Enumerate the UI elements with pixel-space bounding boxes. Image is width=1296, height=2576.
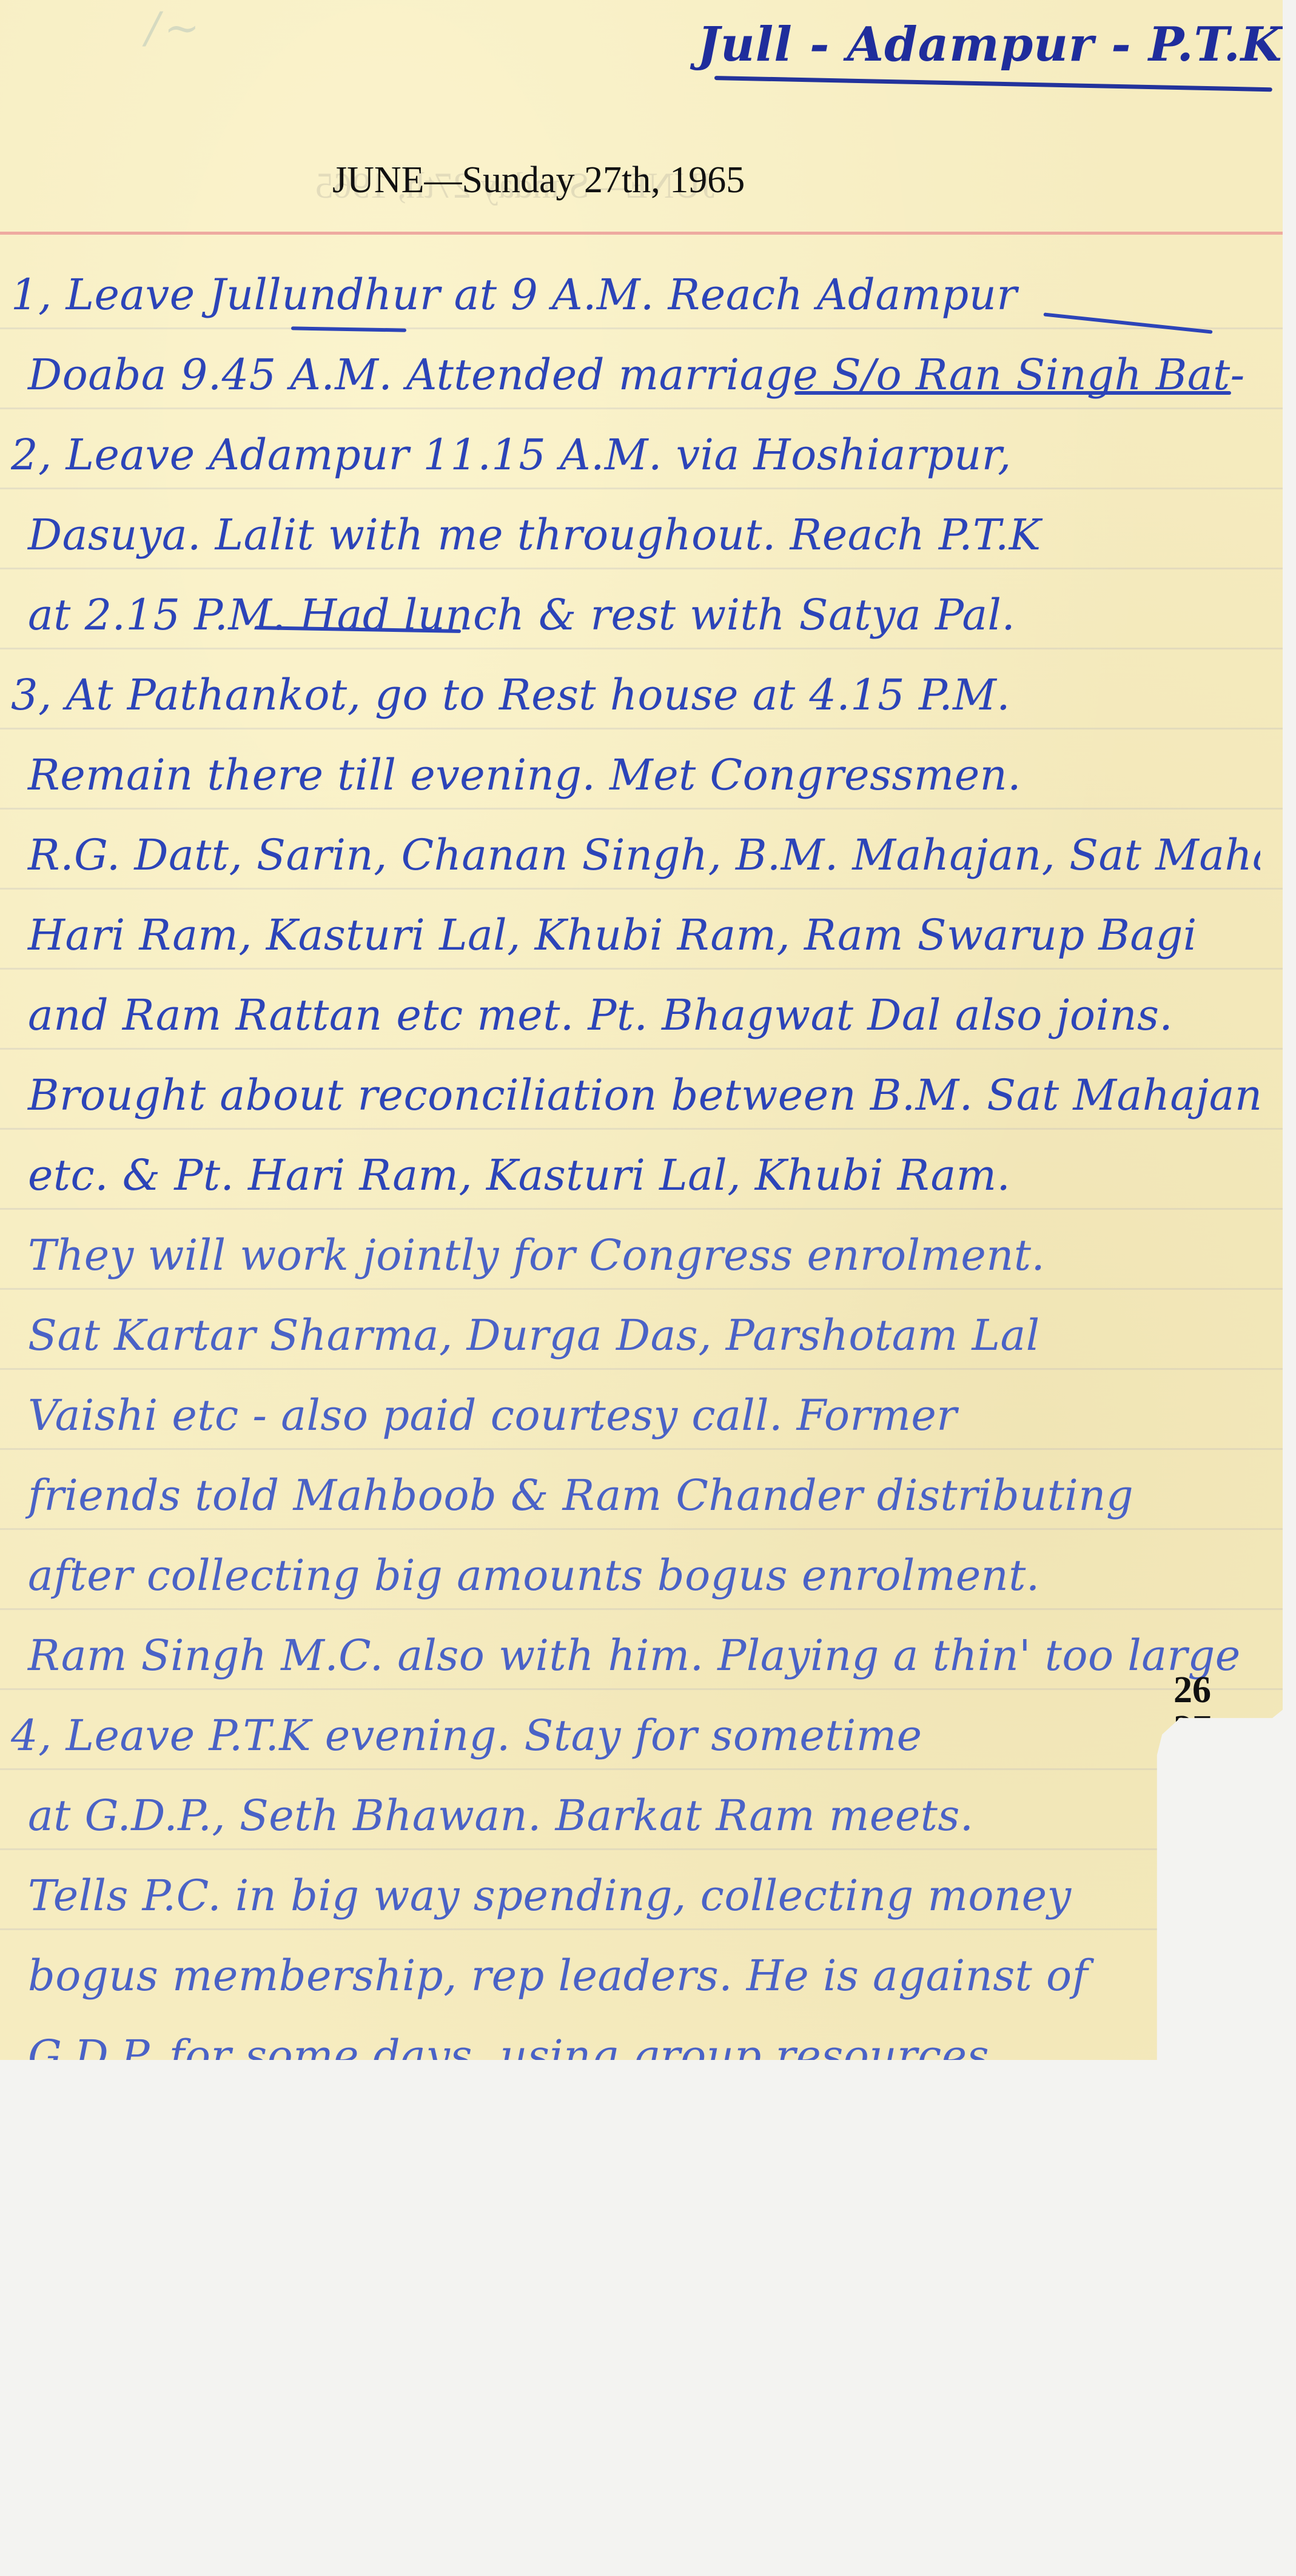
diary-entry: 1, Leave Jullundhur at 9 A.M. Reach Adam… xyxy=(11,255,1260,2060)
entry-line: Ram Singh M.C. also with him. Playing a … xyxy=(11,1615,1260,1696)
entry-line: G.D.P. for some days. using group resour… xyxy=(11,2016,1260,2060)
header-red-rule xyxy=(0,232,1283,235)
route-margin-note: Jull - Adampur - P.T.K. Bat- xyxy=(697,17,1296,72)
entry-line: friends told Mahboob & Ram Chander distr… xyxy=(11,1455,1260,1535)
entry-line: 4, Leave P.T.K evening. Stay for sometim… xyxy=(11,1696,1260,1776)
entry-line: bogus membership, rep leaders. He is aga… xyxy=(11,1936,1260,2016)
entry-line: Doaba 9.45 A.M. Attended marriage S/o Ra… xyxy=(11,335,1260,415)
route-underline xyxy=(714,76,1272,92)
entry-line: Vaishi etc - also paid courtesy call. Fo… xyxy=(11,1375,1260,1455)
entry-line: etc. & Pt. Hari Ram, Kasturi Lal, Khubi … xyxy=(11,1135,1260,1215)
entry-line: They will work jointly for Congress enro… xyxy=(11,1215,1260,1295)
faint-pencil-mark: / ~ xyxy=(146,3,200,53)
entry-line: R.G. Datt, Sarin, Chanan Singh, B.M. Mah… xyxy=(11,815,1260,895)
entry-line: at 2.15 P.M. Had lunch & rest with Satya… xyxy=(11,575,1260,655)
page-tab-date-27: 27 xyxy=(1173,1709,1211,1748)
entry-line: 1, Leave Jullundhur at 9 A.M. Reach Adam… xyxy=(11,255,1260,335)
entry-line: Dasuya. Lalit with me throughout. Reach … xyxy=(11,495,1260,575)
page-tab-dates: 26 27 xyxy=(1173,1671,1211,1748)
entry-line: and Ram Rattan etc met. Pt. Bhagwat Dal … xyxy=(11,975,1260,1055)
entry-line: Hari Ram, Kasturi Lal, Khubi Ram, Ram Sw… xyxy=(11,895,1260,975)
entry-line: Tells P.C. in big way spending, collecti… xyxy=(11,1856,1260,1936)
entry-line: 3, At Pathankot, go to Rest house at 4.1… xyxy=(11,655,1260,735)
entry-line: at G.D.P., Seth Bhawan. Barkat Ram meets… xyxy=(11,1776,1260,1856)
page-tab-date-26: 26 xyxy=(1173,1671,1211,1709)
entry-line: Sat Kartar Sharma, Durga Das, Parshotam … xyxy=(11,1295,1260,1375)
entry-line: Brought about reconciliation between B.M… xyxy=(11,1055,1260,1135)
entry-line: Remain there till evening. Met Congressm… xyxy=(11,735,1260,815)
entry-line: 2, Leave Adampur 11.15 A.M. via Hoshiarp… xyxy=(11,415,1260,495)
diary-page: / ~ Jull - Adampur - P.T.K. Bat- JUNE—Su… xyxy=(0,0,1283,2060)
date-heading: JUNE—Sunday 27th, 1965 xyxy=(332,159,745,202)
entry-line: after collecting big amounts bogus enrol… xyxy=(11,1535,1260,1615)
